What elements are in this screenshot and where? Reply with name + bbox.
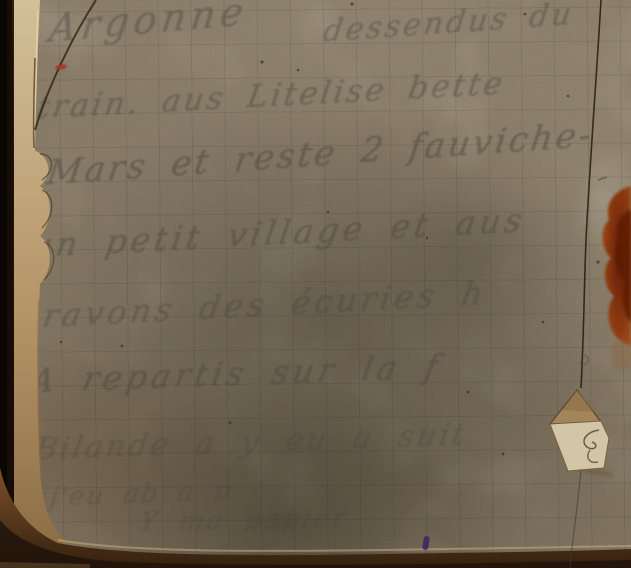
handwriting-line: Y ma papier — [137, 503, 350, 537]
notebook-page-scan: Argonne dessendus du train. aus Litelise… — [0, 0, 631, 568]
